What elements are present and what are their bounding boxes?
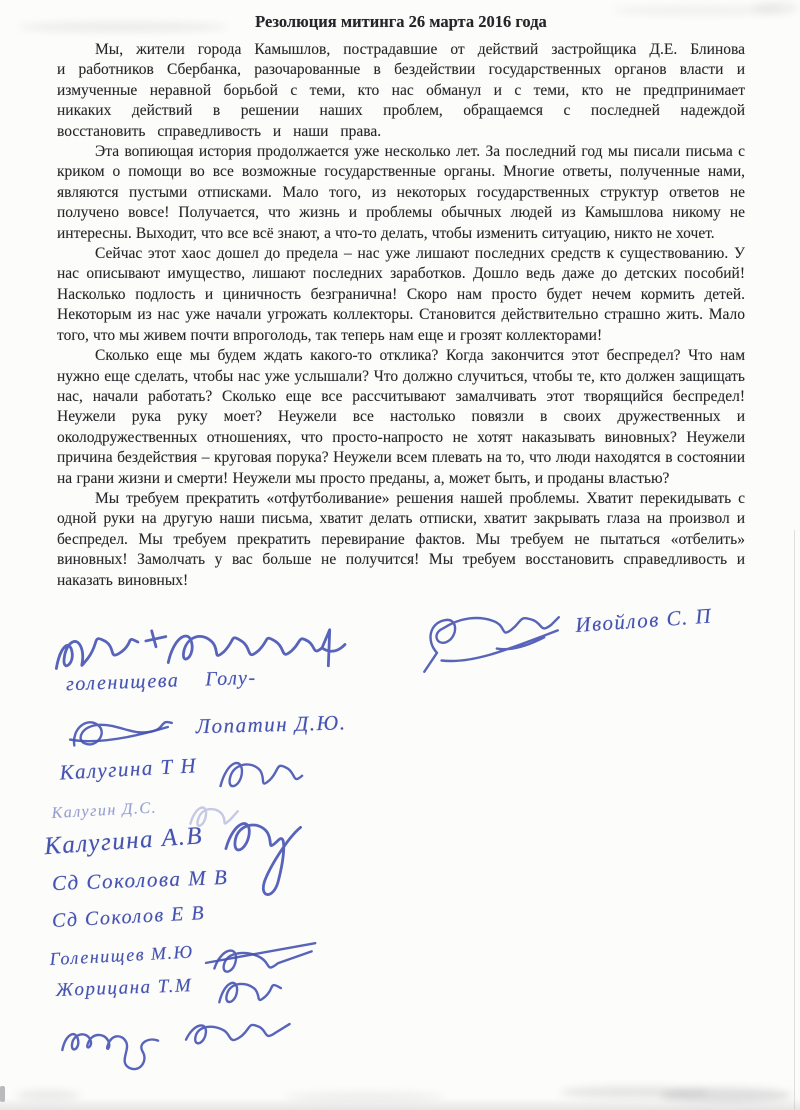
scan-edge-line xyxy=(794,530,795,1110)
scan-smudge xyxy=(18,22,228,32)
signature-stroke xyxy=(211,807,312,905)
resolution-text-block: Резолюция митинга 26 марта 2016 года Мы,… xyxy=(57,12,745,591)
signature-name: Ивойлов С. П xyxy=(575,604,713,638)
paragraph-4: Сколько еще мы будем ждать какого-то отк… xyxy=(57,346,745,489)
signature-stroke xyxy=(210,744,307,799)
scan-smudge xyxy=(752,2,798,14)
paragraph-1: Мы, жители города Камышлов, пострадавшие… xyxy=(57,40,745,142)
paragraph-5: Мы требуем прекратить «отфутболивание» р… xyxy=(57,489,745,591)
signature-illegible-bottom xyxy=(53,1002,300,1077)
document-page: Резолюция митинга 26 марта 2016 года Мы,… xyxy=(0,0,800,1110)
paragraph-2: Эта вопиющая история продолжается уже не… xyxy=(57,142,745,244)
scan-bottom-shadow xyxy=(0,1098,800,1110)
signature-name: Голенищев М.Ю xyxy=(49,942,194,971)
signature-stroke xyxy=(53,1002,300,1077)
paragraph-3: Сейчас этот хаос дошел до предела – нас … xyxy=(57,244,745,346)
signature-stroke xyxy=(410,600,564,678)
signature-ivoylov: Ивойлов С. П xyxy=(410,590,715,679)
signature-name: Жорицана Т.М xyxy=(55,975,192,1002)
signature-name: Лопатин Д.Ю. xyxy=(196,710,347,739)
signature-stroke xyxy=(67,709,180,760)
